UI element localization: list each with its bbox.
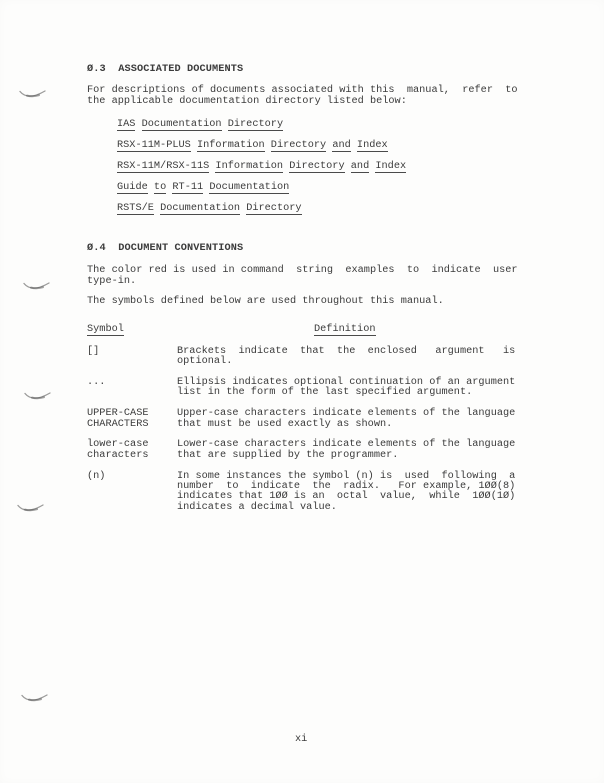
page-number: xi [295,734,307,744]
margin-pen-mark-icon [16,502,46,514]
symbol-cell: (n) [87,471,177,513]
definition-cell: Lower-case characters indicate elements … [177,439,515,460]
margin-pen-mark-icon [18,88,48,100]
definition-cell: Ellipsis indicates optional continuation… [177,377,515,398]
definition-cell: In some instances the symbol (n) is used… [177,471,515,513]
document-title-ias-directory: IAS Documentation Directory [117,119,527,129]
table-row-lower-case: lower-case characters Lower-case charact… [87,439,527,460]
document-title-rsx-11m-11s: RSX-11M/RSX-11S Information Directory an… [117,161,527,171]
associated-documents-list: IAS Documentation Directory RSX-11M-PLUS… [117,119,527,213]
table-row-ellipsis: ... Ellipsis indicates optional continua… [87,377,527,398]
section-0-3-intro-paragraph: For descriptions of documents associated… [87,85,527,106]
margin-pen-mark-icon [20,692,50,704]
symbol-cell: lower-case characters [87,439,177,460]
scanned-manual-page: Ø.3 ASSOCIATED DOCUMENTS For description… [0,0,604,783]
color-convention-paragraph: The color red is used in command string … [87,265,527,286]
table-row-upper-case: UPPER-CASE CHARACTERS Upper-case charact… [87,408,527,429]
definition-cell: Brackets indicate that the enclosed argu… [177,346,515,367]
document-title-rsx-11m-plus: RSX-11M-PLUS Information Directory and I… [117,140,527,150]
conventions-table-header: Symbol Definition [87,324,527,335]
symbol-cell: UPPER-CASE CHARACTERS [87,408,177,429]
section-0-4-heading: Ø.4 DOCUMENT CONVENTIONS [87,243,527,253]
table-row-brackets: [] Brackets indicate that the enclosed a… [87,346,527,367]
definition-cell: Upper-case characters indicate elements … [177,408,515,429]
document-title-rt-11-guide: Guide to RT-11 Documentation [117,182,527,192]
margin-pen-mark-icon [22,280,52,292]
document-title-rsts-e: RSTS/E Documentation Directory [117,203,527,213]
symbol-cell: [] [87,346,177,367]
symbols-intro-paragraph: The symbols defined below are used throu… [87,296,527,306]
symbol-cell: ... [87,377,177,398]
section-0-3-heading: Ø.3 ASSOCIATED DOCUMENTS [87,64,527,74]
symbol-column-header: Symbol [87,323,124,336]
table-row-radix: (n) In some instances the symbol (n) is … [87,471,527,513]
page-content: Ø.3 ASSOCIATED DOCUMENTS For description… [87,64,527,512]
definition-column-header: Definition [314,324,376,334]
margin-pen-mark-icon [23,390,53,402]
